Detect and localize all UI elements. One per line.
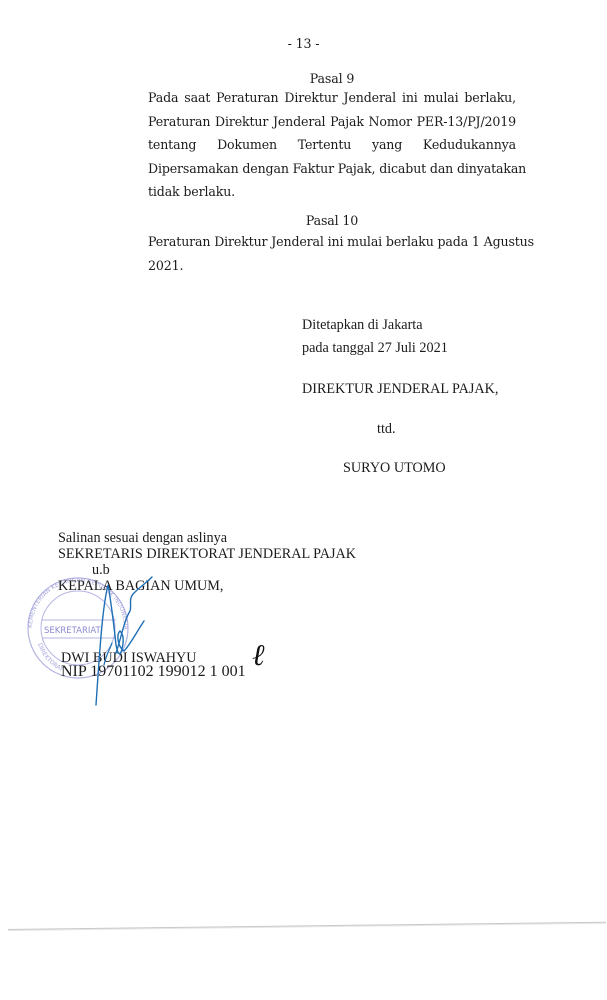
article-10-line: Peraturan Direktur Jenderal ini mulai be… xyxy=(148,230,516,254)
footer-rule xyxy=(8,922,606,930)
article-9-line: tidak berlaku. xyxy=(148,180,516,204)
copy-note: Salinan sesuai dengan aslinya xyxy=(58,530,227,546)
initial-mark: ℓ xyxy=(252,638,265,673)
article-9-line: Peraturan Direktur Jenderal Pajak Nomor … xyxy=(148,110,516,134)
enactment-date: pada tanggal 27 Juli 2021 xyxy=(302,340,448,357)
page-number: - 13 - xyxy=(0,36,607,51)
official-title: DIREKTUR JENDERAL PAJAK, xyxy=(302,381,498,398)
article-body-9: Pada saat Peraturan Direktur Jenderal in… xyxy=(148,86,516,204)
handwritten-signature-icon xyxy=(60,565,180,710)
article-9-line: tentang Dokumen Tertentu yang Kedudukann… xyxy=(148,133,516,157)
enactment-place: Ditetapkan di Jakarta xyxy=(302,317,423,334)
signed-mark: ttd. xyxy=(377,421,396,438)
article-9-line: Pada saat Peraturan Direktur Jenderal in… xyxy=(148,86,516,110)
article-body-10: Peraturan Direktur Jenderal ini mulai be… xyxy=(148,230,516,277)
article-9-line: Dipersamakan dengan Faktur Pajak, dicabu… xyxy=(148,157,516,181)
official-name: SURYO UTOMO xyxy=(343,460,446,477)
article-heading-9: Pasal 9 xyxy=(148,71,516,86)
copy-office: SEKRETARIS DIREKTORAT JENDERAL PAJAK xyxy=(58,546,356,562)
article-heading-10: Pasal 10 xyxy=(148,213,516,228)
article-10-line: 2021. xyxy=(148,254,516,278)
